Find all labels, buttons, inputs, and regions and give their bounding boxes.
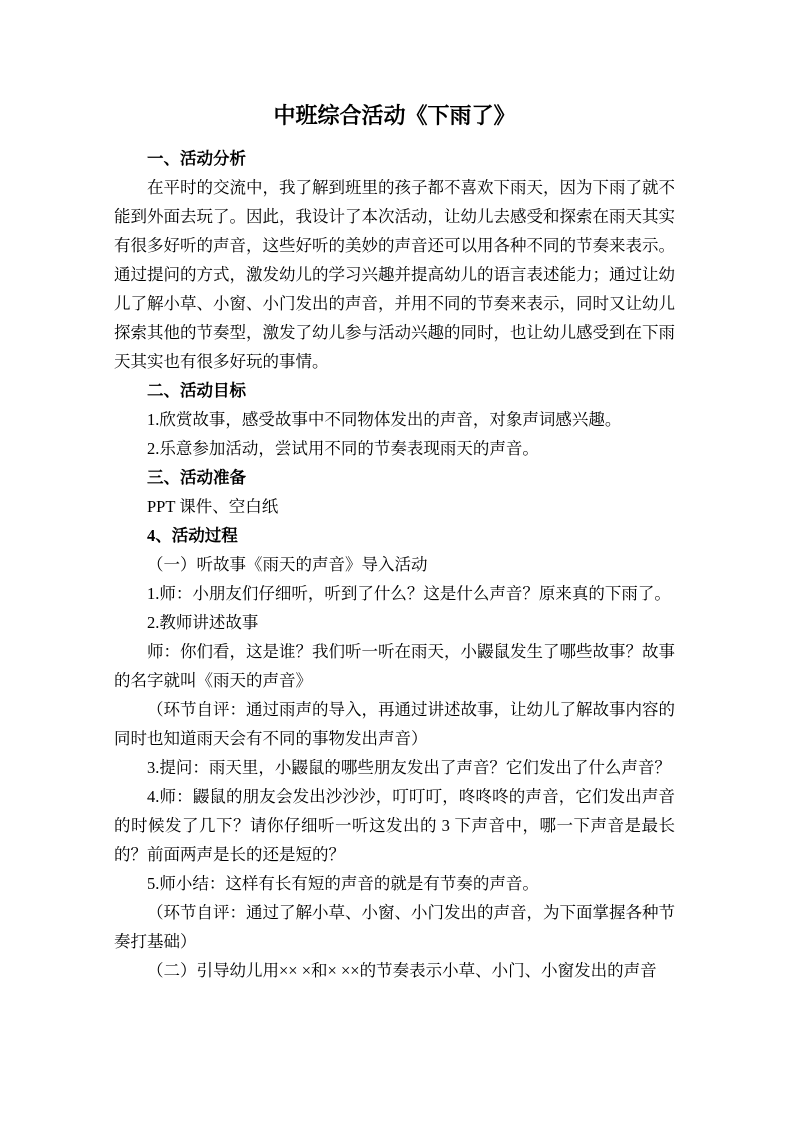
paragraph-process-step-3: 3.提问：雨天里，小鼹鼠的哪些朋友发出了声音？它们发出了什么声音？ xyxy=(114,753,675,782)
paragraph-process-step-4: 4.师：鼹鼠的朋友会发出沙沙沙，叮叮叮，咚咚咚的声音，它们发出声音的时候发了几下… xyxy=(114,782,675,869)
section-heading-activity-goals: 二、活动目标 xyxy=(114,376,675,405)
paragraph-process-part1-title: （一）听故事《雨天的声音》导入活动 xyxy=(114,550,675,579)
paragraph-process-part2-title: （二）引导幼儿用×× ×和× ××的节奏表示小草、小门、小窗发出的声音 xyxy=(114,956,675,985)
paragraph-goal-2: 2.乐意参加活动，尝试用不同的节奏表现雨天的声音。 xyxy=(114,434,675,463)
document-title: 中班综合活动《下雨了》 xyxy=(114,97,675,135)
section-heading-activity-analysis: 一、活动分析 xyxy=(114,144,675,173)
paragraph-teacher-story-intro: 师：你们看，这是谁？我们听一听在雨天，小鼹鼠发生了哪些故事？故事的名字就叫《雨天… xyxy=(114,637,675,695)
section-heading-activity-preparation: 三、活动准备 xyxy=(114,463,675,492)
paragraph-process-step-5: 5.师小结：这样有长有短的声音的就是有节奏的声音。 xyxy=(114,869,675,898)
paragraph-process-step-2: 2.教师讲述故事 xyxy=(114,608,675,637)
paragraph-self-review-1: （环节自评：通过雨声的导入，再通过讲述故事，让幼儿了解故事内容的同时也知道雨天会… xyxy=(114,695,675,753)
document-page: 中班综合活动《下雨了》 一、活动分析 在平时的交流中，我了解到班里的孩子都不喜欢… xyxy=(0,0,794,1123)
paragraph-goal-1: 1.欣赏故事，感受故事中不同物体发出的声音，对象声词感兴趣。 xyxy=(114,405,675,434)
paragraph-activity-analysis-body: 在平时的交流中，我了解到班里的孩子都不喜欢下雨天，因为下雨了就不能到外面去玩了。… xyxy=(114,173,675,376)
paragraph-process-step-1: 1.师：小朋友们仔细听，听到了什么？这是什么声音？原来真的下雨了。 xyxy=(114,579,675,608)
paragraph-preparation-items: PPT 课件、空白纸 xyxy=(114,492,675,521)
section-heading-activity-process: 4、活动过程 xyxy=(114,521,675,550)
paragraph-self-review-2: （环节自评：通过了解小草、小窗、小门发出的声音，为下面掌握各种节奏打基础） xyxy=(114,898,675,956)
